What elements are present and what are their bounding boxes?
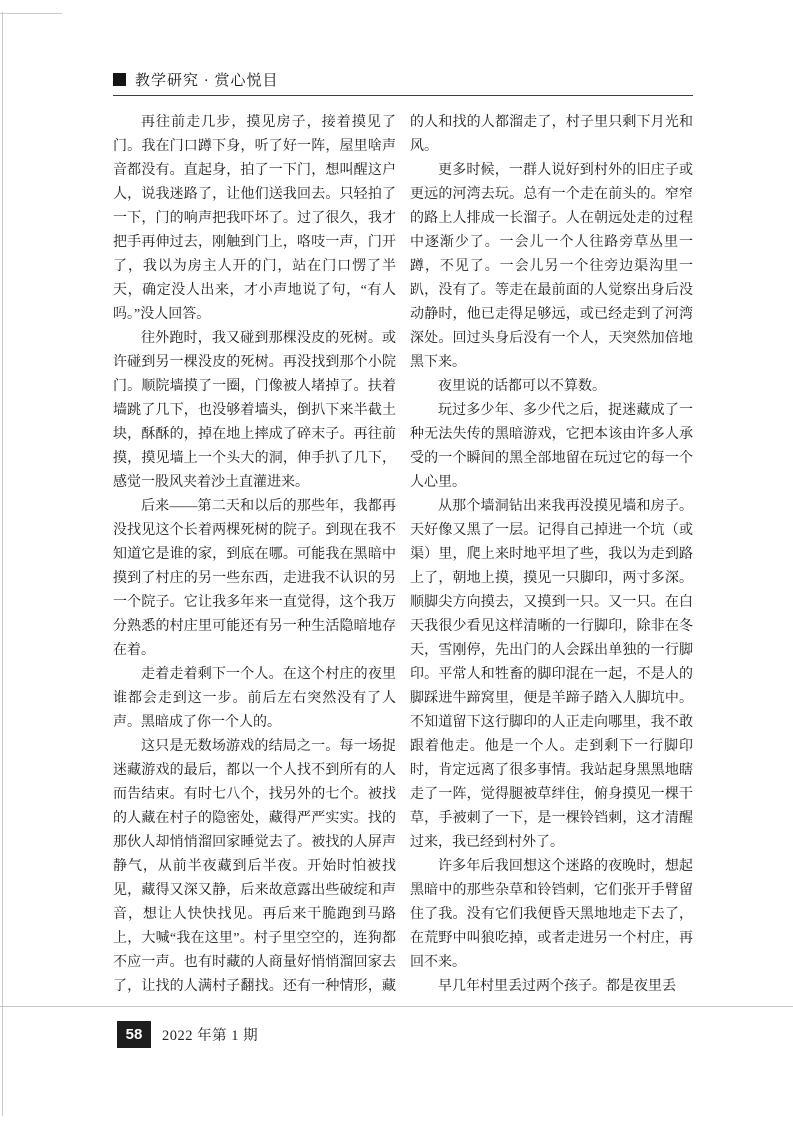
magazine-page: 教学研究 · 赏心悦目 再往前走几步，摸见房子，接着摸见了门。我在门口蹲下身，听… (0, 0, 793, 1122)
section-header: 教学研究 · 赏心悦目 (113, 69, 279, 90)
paragraph: 走着走着剩下一个人。在这个村庄的夜里谁都会走到这一步。前后左右突然没有了人声。黑… (113, 663, 396, 735)
page-number-badge: 58 (117, 1021, 151, 1048)
issue-label: 2022 年第 1 期 (162, 1024, 258, 1045)
paragraph: 玩过多少年、多少代之后，捉迷藏成了一种无法失传的黑暗游戏，它把本该由许多人承受的… (410, 399, 693, 495)
paragraph: 更多时候，一群人说好到村外的旧庄子或更远的河湾去玩。总有一个走在前头的。窄窄的路… (410, 159, 693, 375)
page-footer: 58 2022 年第 1 期 (117, 1021, 258, 1048)
header-rule (113, 95, 693, 96)
page-edge-line-bottom (0, 1006, 793, 1007)
paragraph: 夜里说的话都可以不算数。 (410, 375, 693, 399)
paragraph: 许多年后我回想这个迷路的夜晚时，想起黑暗中的那些杂草和铃铛刺，它们张开手臂留住了… (410, 855, 693, 975)
paragraph: 早几年村里丢过两个孩子。都是夜里丢 (410, 975, 693, 999)
paragraph: 往外跑时，我又碰到那棵没皮的死树。或许碰到另一棵没皮的死树。再没找到那个小院门。… (113, 327, 396, 495)
page-edge-line-top (0, 13, 62, 14)
paragraph: 再往前走几步，摸见房子，接着摸见了门。我在门口蹲下身，听了好一阵，屋里啥声音都没… (113, 111, 396, 327)
paragraph: 后来——第二天和以后的那些年，我都再没找见这个长着两棵死树的院子。到现在我不知道… (113, 495, 396, 663)
section-marker-icon (113, 73, 126, 86)
page-edge-line-left (2, 12, 3, 1116)
article-body: 再往前走几步，摸见房子，接着摸见了门。我在门口蹲下身，听了好一阵，屋里啥声音都没… (113, 111, 693, 1000)
section-label: 教学研究 · 赏心悦目 (135, 69, 279, 90)
paragraph: 从那个墙洞钻出来我再没摸见墙和房子。天好像又黑了一层。记得自己掉进一个坑（或渠）… (410, 495, 693, 855)
